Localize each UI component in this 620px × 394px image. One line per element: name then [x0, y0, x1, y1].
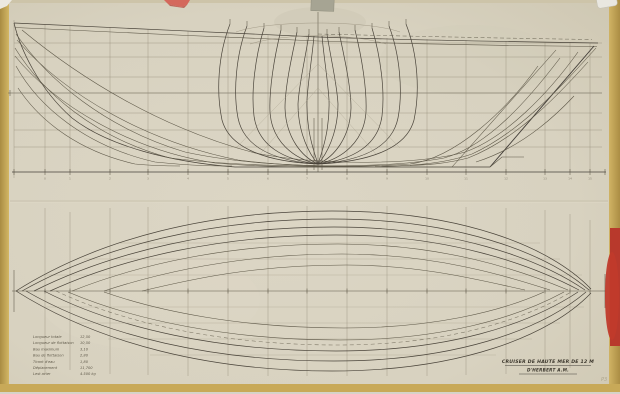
page-mark: P3 — [601, 377, 607, 383]
gray-tape — [311, 0, 334, 11]
station-label: 3 — [147, 177, 149, 181]
station-label: 8 — [346, 177, 348, 181]
title-line2: D'HERBERT A.M. — [527, 368, 569, 373]
spec-value: 11,700 — [80, 366, 93, 370]
station-label: 14 — [568, 177, 572, 181]
spec-label: Bau maximum — [33, 347, 60, 351]
station-label: 7 — [306, 177, 308, 181]
station-label: 1 — [69, 177, 71, 181]
spec-label: Longueur de flottaison — [33, 341, 74, 345]
edge-left-strip — [0, 0, 9, 394]
lines-plan-sheet: 0123456789101112131415 — [0, 0, 620, 394]
spec-value: 2,80 — [80, 354, 89, 358]
station-label: 15 — [588, 177, 592, 181]
station-label: 2 — [109, 177, 111, 181]
spec-label: Lest acier — [33, 372, 51, 376]
station-label: 12 — [504, 177, 508, 181]
spec-label: Tirant d'eau — [33, 360, 55, 364]
edge-bottom-strip — [0, 384, 620, 392]
spec-value: 4.500 kg — [80, 372, 97, 376]
station-label: 11 — [464, 177, 468, 181]
station-label: 13 — [543, 177, 547, 181]
station-label: 4 — [187, 177, 189, 181]
spec-label: Longueur totale — [33, 335, 62, 339]
spec-value: 12,50 — [80, 335, 91, 339]
station-label: 6 — [267, 177, 269, 181]
spec-value: 1,80 — [80, 360, 89, 364]
spec-value: 10,50 — [80, 341, 91, 345]
station-label: 0 — [44, 177, 46, 181]
station-label: 5 — [227, 177, 229, 181]
station-label: 9 — [386, 177, 388, 181]
spec-label: Déplacement — [33, 366, 58, 370]
station-label: 10 — [425, 177, 429, 181]
spec-label: Bau de flottaison — [33, 354, 64, 358]
title-line1: CRUISER DE HAUTE MER DE 12 M — [502, 359, 594, 365]
spec-value: 3,10 — [80, 347, 89, 351]
red-tape-blob — [605, 252, 619, 340]
